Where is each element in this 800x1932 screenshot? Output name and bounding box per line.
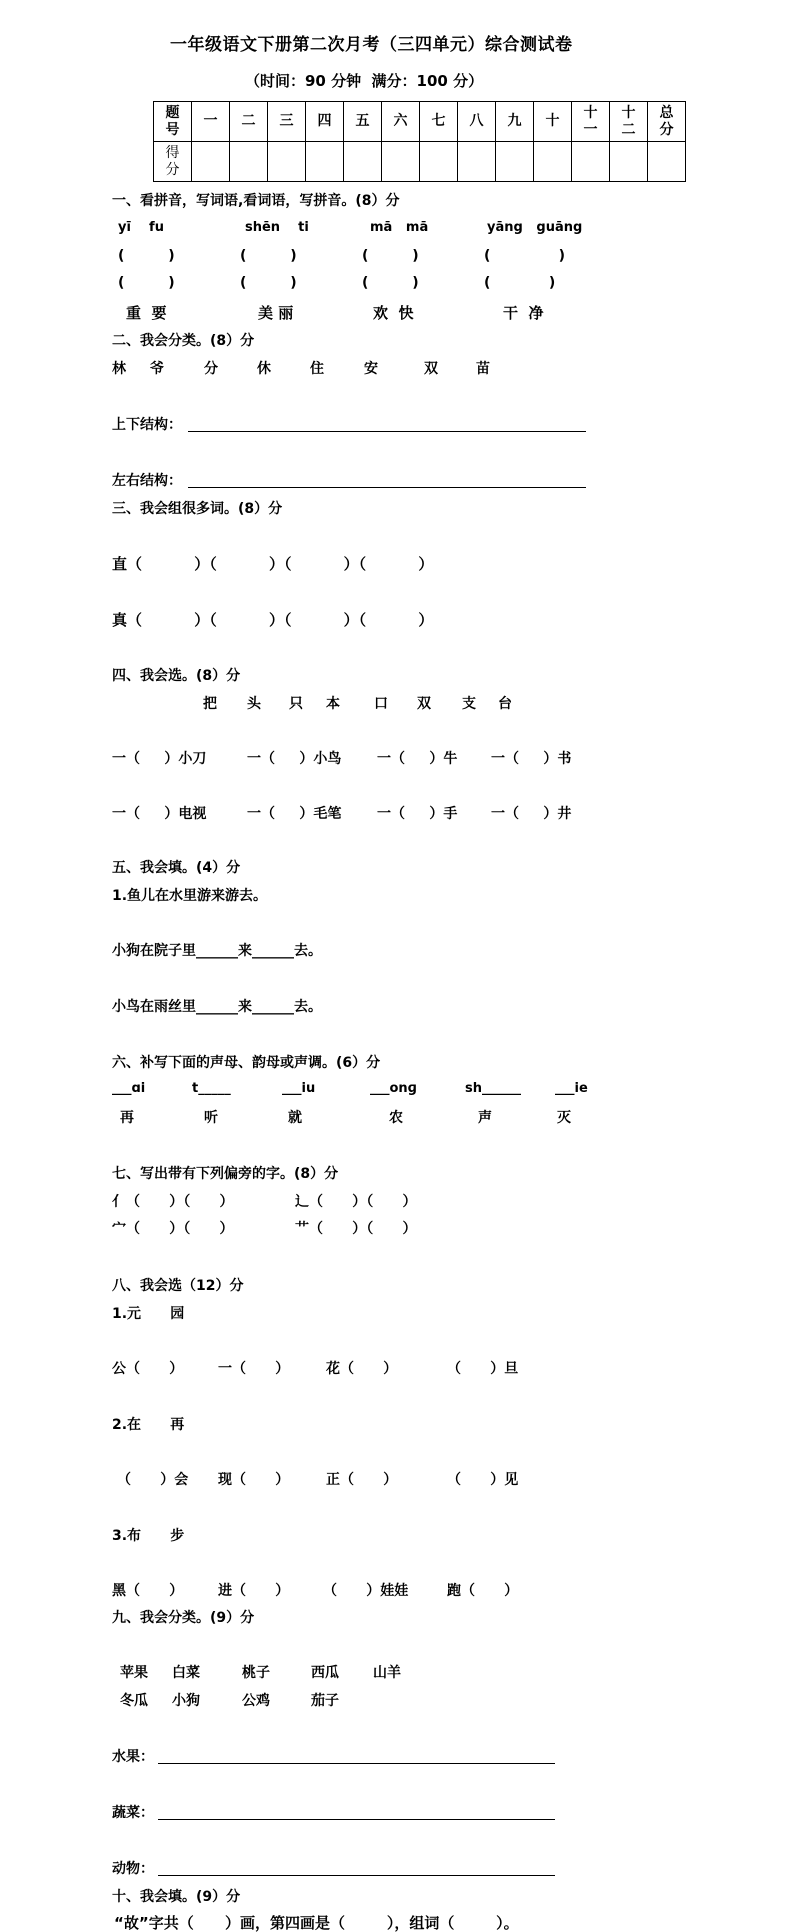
char-item: 苗 bbox=[476, 358, 490, 378]
top-bottom-answer-line[interactable] bbox=[188, 416, 586, 432]
score-cell[interactable] bbox=[382, 142, 420, 182]
score-cell[interactable] bbox=[534, 142, 572, 182]
measure-word-item[interactable]: 一（ ）小刀 bbox=[112, 748, 206, 768]
section-7-heading: 七、写出带有下列偏旁的字。(8）分 bbox=[112, 1163, 338, 1183]
option-char: 台 bbox=[498, 693, 512, 713]
vegetable-answer-line[interactable] bbox=[158, 1804, 555, 1820]
fruit-answer-line[interactable] bbox=[158, 1748, 555, 1764]
char-item: 爷 bbox=[150, 358, 164, 378]
choice-item[interactable]: （ ）娃娃 bbox=[323, 1580, 408, 1600]
answer-parens[interactable]: ( ) bbox=[240, 248, 297, 264]
option-char: 支 bbox=[462, 693, 476, 713]
score-cell[interactable] bbox=[496, 142, 534, 182]
score-cell[interactable] bbox=[192, 142, 230, 182]
category-word: 公鸡 bbox=[242, 1690, 270, 1710]
score-cell[interactable] bbox=[572, 142, 610, 182]
score-table-col: 十 bbox=[534, 102, 572, 142]
left-right-answer-line[interactable] bbox=[188, 472, 586, 488]
option-char: 头 bbox=[247, 693, 261, 713]
choice-item[interactable]: 正（ ） bbox=[326, 1469, 397, 1489]
section-5-heading: 五、我会填。(4）分 bbox=[112, 857, 240, 877]
category-word: 山羊 bbox=[373, 1662, 401, 1682]
category-word: 西瓜 bbox=[311, 1662, 339, 1682]
char-item: 林 bbox=[112, 358, 126, 378]
pinyin-fill-item[interactable]: ___iu bbox=[282, 1081, 315, 1096]
hint-char: 声 bbox=[478, 1107, 492, 1127]
page-title: 一年级语文下册第二次月考（三四单元）综合测试卷 bbox=[170, 30, 573, 55]
word-item: 欢 快 bbox=[373, 302, 413, 323]
animal-answer-line[interactable] bbox=[158, 1860, 555, 1876]
animal-label: 动物： bbox=[112, 1858, 154, 1878]
char-item: 住 bbox=[310, 358, 324, 378]
measure-word-item[interactable]: 一（ ）电视 bbox=[112, 803, 206, 823]
option-char: 口 bbox=[374, 693, 388, 713]
choice-item[interactable]: 跑（ ） bbox=[447, 1580, 518, 1600]
measure-word-item[interactable]: 一（ ）书 bbox=[491, 748, 571, 768]
category-word: 苹果 bbox=[120, 1662, 148, 1682]
score-table: 题号 一 二 三 四 五 六 七 八 九 十 十一 十二 总分 得分 bbox=[153, 101, 686, 182]
hint-char: 再 bbox=[120, 1107, 134, 1127]
answer-parens[interactable]: ( ) bbox=[362, 275, 419, 291]
score-table-col: 九 bbox=[496, 102, 534, 142]
choice-item[interactable]: 黑（ ） bbox=[112, 1580, 183, 1600]
example-sentence: 1.鱼儿在水里游来游去。 bbox=[112, 885, 267, 905]
char-pair-label: 1.元 园 bbox=[112, 1303, 184, 1323]
score-table-col: 十一 bbox=[572, 102, 610, 142]
category-word: 小狗 bbox=[172, 1690, 200, 1710]
section-4-heading: 四、我会选。(8）分 bbox=[112, 665, 240, 685]
pinyin-fill-item[interactable]: ___ie bbox=[555, 1081, 588, 1096]
char-pair-label: 3.布 步 bbox=[112, 1525, 184, 1545]
score-table-col: 八 bbox=[458, 102, 496, 142]
choice-item[interactable]: 花（ ） bbox=[326, 1358, 397, 1378]
score-cell[interactable] bbox=[420, 142, 458, 182]
section-10-heading: 十、我会填。(9）分 bbox=[112, 1886, 240, 1906]
section-1-heading: 一、看拼音，写词语,看词语，写拼音。(8）分 bbox=[112, 190, 399, 210]
choice-item[interactable]: 现（ ） bbox=[218, 1469, 289, 1489]
word-group-row[interactable]: 直（ ）（ ）（ ）（ ） bbox=[112, 553, 433, 574]
choice-item[interactable]: 进（ ） bbox=[218, 1580, 289, 1600]
score-table-col: 三 bbox=[268, 102, 306, 142]
pinyin-item: yāng guāng bbox=[487, 220, 582, 235]
stroke-question[interactable]: “故”字共（ ）画，第四画是（ ），组词（ ）。 bbox=[114, 1912, 519, 1932]
section-3-heading: 三、我会组很多词。(8）分 bbox=[112, 498, 282, 518]
score-table-col: 四 bbox=[306, 102, 344, 142]
option-char: 双 bbox=[417, 693, 431, 713]
left-right-structure-label: 左右结构： bbox=[112, 470, 182, 490]
measure-word-item[interactable]: 一（ ）牛 bbox=[377, 748, 457, 768]
pinyin-fill-item[interactable]: ___onɡ bbox=[370, 1081, 417, 1096]
pinyin-fill-item[interactable]: sh______ bbox=[465, 1081, 521, 1096]
category-word: 茄子 bbox=[311, 1690, 339, 1710]
radical-row[interactable]: 艹（ ）（ ） bbox=[295, 1218, 417, 1238]
answer-parens[interactable]: ( ) bbox=[240, 275, 297, 291]
answer-parens[interactable]: ( ) bbox=[118, 248, 175, 264]
choice-item[interactable]: 一（ ） bbox=[218, 1358, 289, 1378]
char-item: 安 bbox=[364, 358, 378, 378]
measure-word-item[interactable]: 一（ ）毛笔 bbox=[247, 803, 341, 823]
score-cell[interactable] bbox=[268, 142, 306, 182]
section-9-heading: 九、我会分类。(9）分 bbox=[112, 1607, 254, 1627]
section-8-heading: 八、我会选（12）分 bbox=[112, 1275, 243, 1295]
score-table-row-label: 得分 bbox=[154, 142, 192, 182]
score-table-col: 总分 bbox=[648, 102, 686, 142]
score-table-col: 二 bbox=[230, 102, 268, 142]
score-table-row-label: 题号 bbox=[154, 102, 192, 142]
hint-char: 灭 bbox=[557, 1107, 571, 1127]
section-2-heading: 二、我会分类。(8）分 bbox=[112, 330, 254, 350]
score-table-col: 五 bbox=[344, 102, 382, 142]
score-table-score-row: 得分 bbox=[154, 142, 686, 182]
top-bottom-structure-label: 上下结构： bbox=[112, 414, 182, 434]
radical-row[interactable]: 亻（ ）（ ） bbox=[112, 1191, 234, 1211]
word-group-row[interactable]: 真（ ）（ ）（ ）（ ） bbox=[112, 609, 433, 630]
fruit-label: 水果： bbox=[112, 1746, 154, 1766]
hint-char: 听 bbox=[204, 1107, 218, 1127]
char-item: 分 bbox=[204, 358, 218, 378]
choice-item[interactable]: （ ）会 bbox=[117, 1469, 188, 1489]
score-table-col: 六 bbox=[382, 102, 420, 142]
category-word: 冬瓜 bbox=[120, 1690, 148, 1710]
measure-word-item[interactable]: 一（ ）井 bbox=[491, 803, 571, 823]
pinyin-fill-item[interactable]: t_____ bbox=[192, 1081, 231, 1096]
answer-parens[interactable]: ( ) bbox=[362, 248, 419, 264]
measure-word-item[interactable]: 一（ ）小鸟 bbox=[247, 748, 341, 768]
fill-sentence[interactable]: 小鸟在雨丝里______来______去。 bbox=[112, 996, 322, 1016]
pinyin-fill-item[interactable]: ___ɑi bbox=[112, 1081, 145, 1096]
fill-sentence[interactable]: 小狗在院子里______来______去。 bbox=[112, 940, 322, 960]
score-table-header-row: 题号 一 二 三 四 五 六 七 八 九 十 十一 十二 总分 bbox=[154, 102, 686, 142]
pinyin-item: shēn ti bbox=[245, 220, 309, 235]
option-char: 把 bbox=[203, 693, 217, 713]
score-cell[interactable] bbox=[230, 142, 268, 182]
choice-item[interactable]: （ ）旦 bbox=[447, 1358, 518, 1378]
score-cell[interactable] bbox=[306, 142, 344, 182]
score-table-col: 十二 bbox=[610, 102, 648, 142]
word-item: 美 丽 bbox=[258, 302, 293, 323]
score-cell[interactable] bbox=[344, 142, 382, 182]
char-item: 休 bbox=[257, 358, 271, 378]
char-pair-label: 2.在 再 bbox=[112, 1414, 184, 1434]
radical-row[interactable]: 辶（ ）（ ） bbox=[295, 1191, 417, 1211]
score-cell[interactable] bbox=[610, 142, 648, 182]
hint-char: 就 bbox=[288, 1107, 302, 1127]
radical-row[interactable]: 宀（ ）（ ） bbox=[112, 1218, 234, 1238]
answer-parens[interactable]: ( ) bbox=[484, 275, 555, 291]
category-word: 白菜 bbox=[172, 1662, 200, 1682]
option-char: 本 bbox=[326, 693, 340, 713]
section-6-heading: 六、补写下面的声母、韵母或声调。(6）分 bbox=[112, 1052, 380, 1072]
choice-item[interactable]: 公（ ） bbox=[112, 1358, 183, 1378]
answer-parens[interactable]: ( ) bbox=[484, 248, 565, 264]
char-item: 双 bbox=[424, 358, 438, 378]
pinyin-item: yī fu bbox=[118, 220, 164, 235]
hint-char: 农 bbox=[389, 1107, 403, 1127]
word-item: 干 净 bbox=[503, 302, 543, 323]
category-word: 桃子 bbox=[242, 1662, 270, 1682]
word-item: 重 要 bbox=[126, 302, 166, 323]
exam-subtitle: （时间：90 分钟 满分：100 分） bbox=[245, 70, 483, 91]
score-cell[interactable] bbox=[648, 142, 686, 182]
option-char: 只 bbox=[289, 693, 303, 713]
vegetable-label: 蔬菜： bbox=[112, 1802, 154, 1822]
pinyin-item: mā mā bbox=[370, 220, 428, 235]
score-table-col: 一 bbox=[192, 102, 230, 142]
score-cell[interactable] bbox=[458, 142, 496, 182]
choice-item[interactable]: （ ）见 bbox=[447, 1469, 518, 1489]
measure-word-item[interactable]: 一（ ）手 bbox=[377, 803, 457, 823]
score-table-col: 七 bbox=[420, 102, 458, 142]
answer-parens[interactable]: ( ) bbox=[118, 275, 175, 291]
